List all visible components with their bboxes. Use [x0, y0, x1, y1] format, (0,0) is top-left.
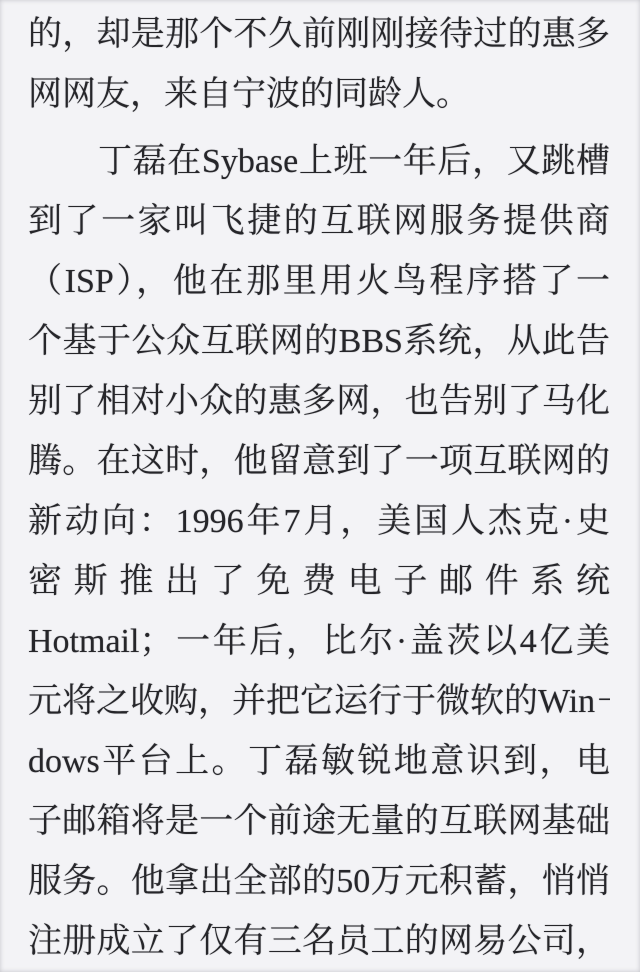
text-line: 的，却是那个不久前刚刚接待过的惠多 — [28, 5, 610, 65]
text-line: 注册成立了仅有三名员工的网易公司， — [28, 912, 610, 972]
text-line: 密斯推出了免费电子邮件系统 — [28, 552, 610, 612]
text-line: 网网友，来自宁波的同龄人。 — [28, 65, 610, 125]
text-line: 新动向：1996年7月，美国人杰克·史 — [28, 492, 610, 552]
text-line: dows平台上。丁磊敏锐地意识到，电 — [28, 732, 610, 792]
text-line: 个基于公众互联网的BBS系统，从此告 — [28, 312, 610, 372]
text-line: 到了一家叫飞捷的互联网服务提供商 — [28, 192, 610, 252]
text-line: Hotmail；一年后，比尔·盖茨以4亿美 — [28, 612, 610, 672]
text-line: （ISP），他在那里用火鸟程序搭了一 — [28, 252, 610, 312]
text-line: 腾。在这时，他留意到了一项互联网的 — [28, 432, 610, 492]
text-line: 子邮箱将是一个前途无量的互联网基础 — [28, 792, 610, 852]
reader-page[interactable]: 的，却是那个不久前刚刚接待过的惠多 网网友，来自宁波的同龄人。 丁磊在Sybas… — [0, 0, 640, 972]
text-line: 丁磊在Sybase上班一年后，又跳槽 — [28, 132, 610, 192]
text-line: 元将之收购，并把它运行于微软的Win－ — [28, 672, 610, 732]
text-line: 服务。他拿出全部的50万元积蓄，悄悄 — [28, 852, 610, 912]
text-line: 别了相对小众的惠多网，也告别了马化 — [28, 372, 610, 432]
